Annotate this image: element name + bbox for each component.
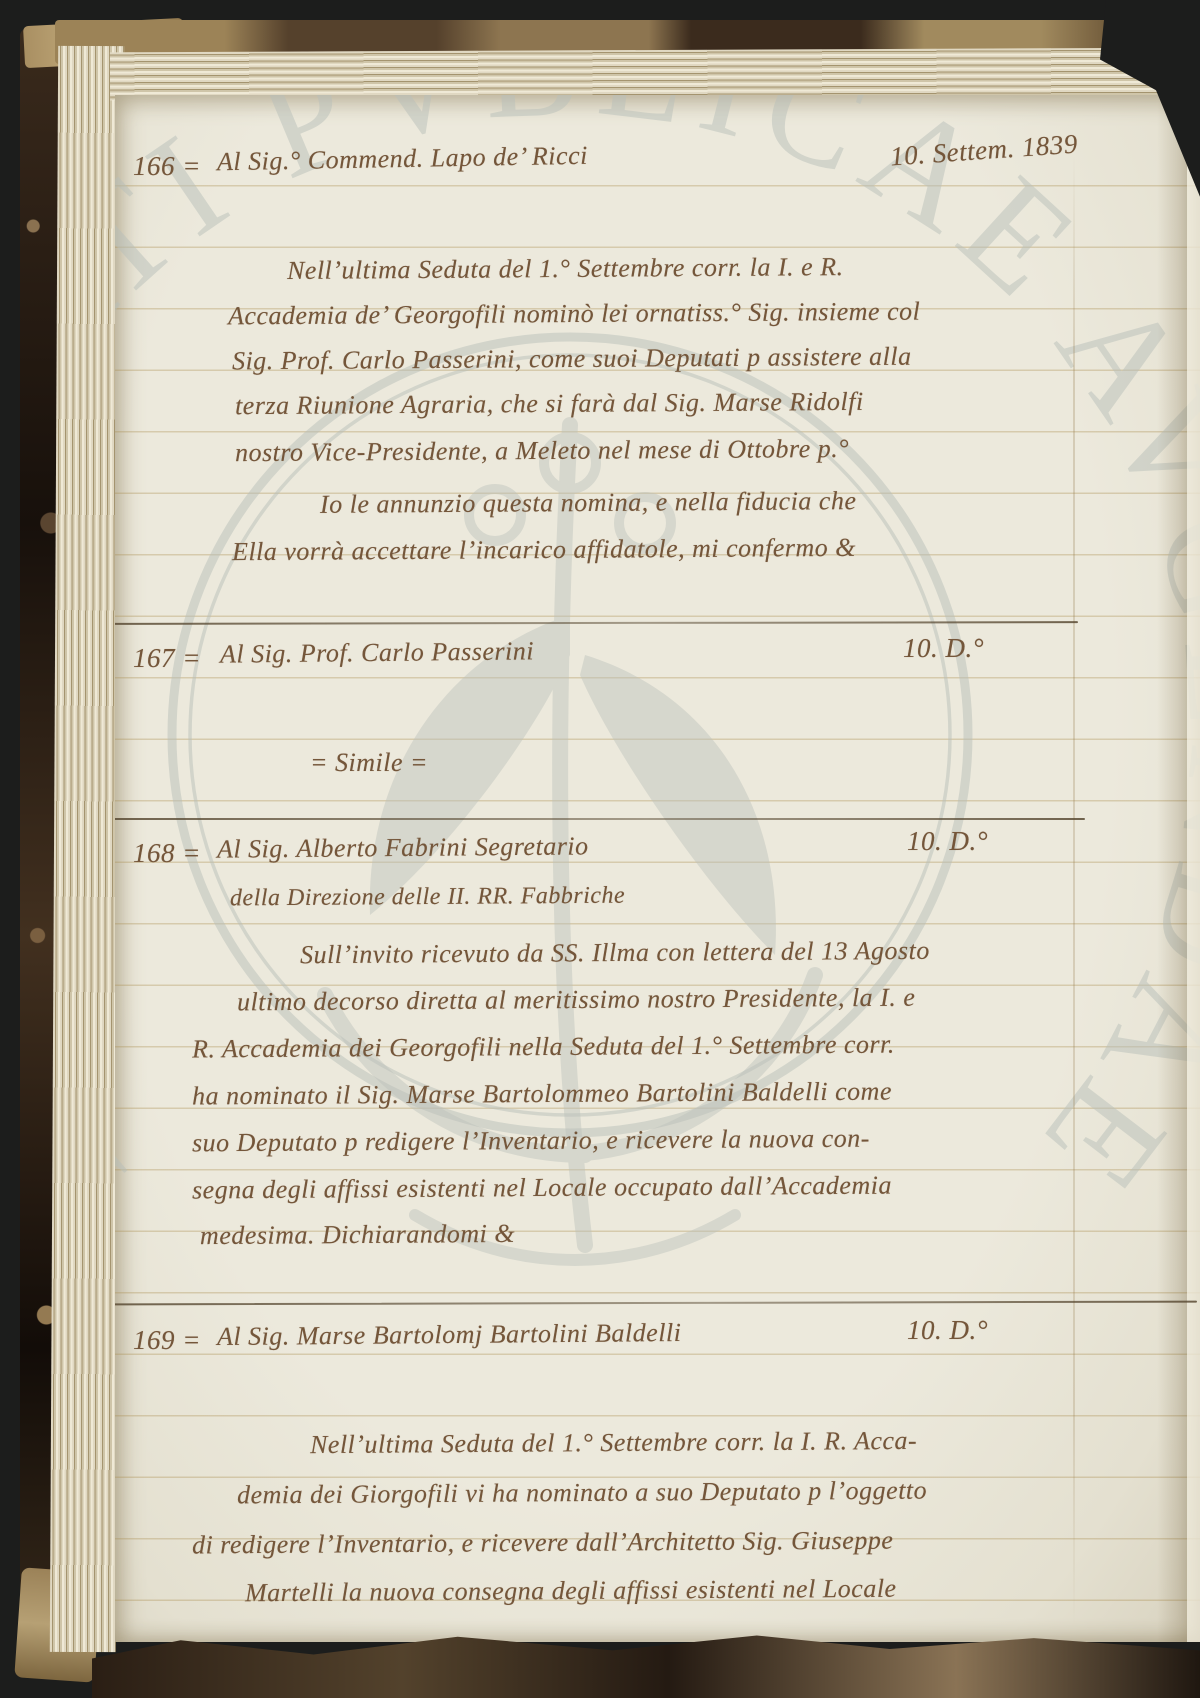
manuscript-line: R. Accademia dei Georgofili nella Seduta… bbox=[192, 1032, 895, 1063]
page-edges-left bbox=[50, 46, 124, 1652]
manuscript-line: di redigere l’Inventario, e ricevere dal… bbox=[192, 1528, 894, 1559]
manuscript-line: Io le annunzio questa nomina, e nella fi… bbox=[320, 488, 857, 518]
emblem-leaf-right bbox=[580, 655, 776, 955]
entry-addressee: Al Sig. Marse Bartolomj Bartolini Baldel… bbox=[217, 1320, 682, 1350]
entry-addressee: Al Sig. Prof. Carlo Passerini bbox=[220, 638, 534, 667]
entry-date-ditto: 10. D.° bbox=[907, 828, 988, 855]
page-edges-top bbox=[110, 48, 1190, 101]
page-gutter-shadow bbox=[1157, 95, 1187, 1642]
manuscript-line: Sig. Prof. Carlo Passerini, come suoi De… bbox=[232, 344, 912, 375]
manuscript-line: suo Deputato p redigere l’Inventario, e … bbox=[192, 1126, 870, 1157]
manuscript-line: Accademia de’ Georgofili nominò lei orna… bbox=[228, 299, 920, 330]
entry-number: 167 = bbox=[133, 645, 201, 672]
manuscript-line: Nell’ultima Seduta del 1.° Settembre cor… bbox=[287, 254, 844, 284]
manuscript-line: Nell’ultima Seduta del 1.° Settembre cor… bbox=[310, 1428, 917, 1458]
entry-date-ditto: 10. D.° bbox=[903, 635, 984, 662]
entry-date-ditto: 10. D.° bbox=[907, 1317, 988, 1344]
manuscript-line: terza Riunione Agraria, che si farà dal … bbox=[235, 389, 864, 419]
manuscript-line: ha nominato il Sig. Marse Bartolommeo Ba… bbox=[192, 1079, 892, 1110]
manuscript-line: nostro Vice-Presidente, a Meleto nel mes… bbox=[235, 436, 849, 466]
entry-divider bbox=[115, 1301, 1197, 1306]
entry-number: 168 = bbox=[133, 840, 201, 867]
entry-divider bbox=[115, 818, 1085, 820]
manuscript-line: Sull’invito ricevuto da SS. Illma con le… bbox=[300, 938, 930, 968]
manuscript-page: PROSPERITATI PVBLICAE AVGENDAE 16 bbox=[115, 95, 1200, 1642]
manuscript-line: medesima. Dichiarandomi & bbox=[200, 1221, 515, 1249]
entry-number: 169 = bbox=[133, 1327, 201, 1354]
page-right-edge bbox=[1187, 95, 1200, 1642]
entry-addressee: Al Sig.° Commend. Lapo de’ Ricci bbox=[217, 143, 588, 175]
manuscript-line: segna degli affissi esistenti nel Locale… bbox=[192, 1173, 892, 1204]
manuscript-photo: PROSPERITATI PVBLICAE AVGENDAE 16 bbox=[0, 0, 1200, 1698]
entry-divider bbox=[115, 621, 1078, 625]
manuscript-line: Ella vorrà accettare l’incarico affidato… bbox=[232, 535, 856, 565]
manuscript-line: ultimo decorso diretta al meritissimo no… bbox=[237, 985, 916, 1016]
page-crease bbox=[1073, 155, 1075, 1625]
manuscript-line: = Simile = bbox=[310, 750, 428, 776]
manuscript-line: Martelli la nuova consegna degli affissi… bbox=[245, 1576, 897, 1607]
manuscript-line: demia dei Giorgofili vi ha nominato a su… bbox=[237, 1478, 927, 1509]
entry-number: 166 = bbox=[133, 153, 201, 180]
entry-addressee-line2: della Direzione delle II. RR. Fabbriche bbox=[230, 884, 625, 911]
entry-addressee: Al Sig. Alberto Fabrini Segretario bbox=[217, 833, 589, 862]
entry-date: 10. Settem. 1839 bbox=[889, 130, 1078, 170]
